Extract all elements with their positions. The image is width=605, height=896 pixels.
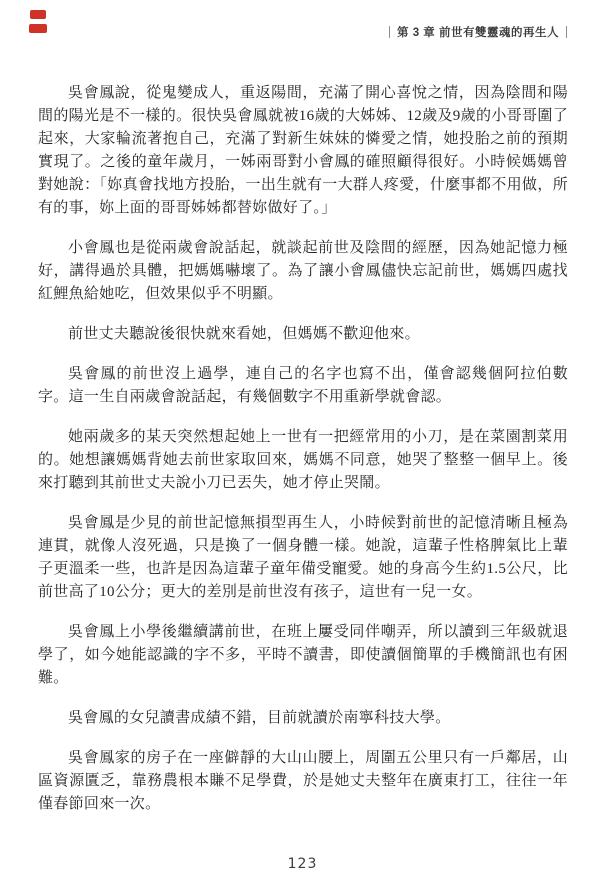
book-page: 第 3 章 前世有雙靈魂的再生人 吳會鳳說，從鬼變成人，重返陽間，充滿了開心喜悅… — [0, 0, 605, 896]
running-header: 第 3 章 前世有雙靈魂的再生人 — [389, 24, 567, 40]
paragraph: 吳會鳳家的房子在一座僻靜的大山山腰上，周圍五公里只有一戶鄰居，山區資源匱乏，靠務… — [38, 747, 568, 816]
paragraph: 吳會鳳的前世沒上過學，連自己的名字也寫不出，僅會認幾個阿拉伯數字。這一生自兩歲會… — [38, 363, 568, 409]
paragraph: 吳會鳳是少見的前世記憶無損型再生人，小時候對前世的記憶清晰且極為連貫，就像人沒死… — [38, 512, 568, 604]
paragraph: 吳會鳳說，從鬼變成人，重返陽間，充滿了開心喜悅之情，因為陰間和陽間的陽光是不一樣… — [38, 82, 568, 220]
body-text: 吳會鳳說，從鬼變成人，重返陽間，充滿了開心喜悅之情，因為陰間和陽間的陽光是不一樣… — [38, 82, 568, 833]
red-ink-stroke-bottom — [29, 24, 47, 33]
paragraph: 吳會鳳上小學後繼續講前世，在班上屢受同伴嘲弄，所以讀到三年級就退學了，如今她能認… — [38, 621, 568, 690]
red-ink-stroke-top — [30, 10, 46, 19]
header-rule-right-icon — [566, 26, 567, 38]
paragraph: 吳會鳳的女兒讀書成績不錯，目前就讀於南寧科技大學。 — [38, 707, 568, 730]
red-ink-mark — [29, 9, 48, 35]
header-rule-left-icon — [389, 26, 390, 38]
paragraph: 前世丈夫聽說後很快就來看她，但媽媽不歡迎他來。 — [38, 323, 568, 346]
paragraph: 小會鳳也是從兩歲會說話起，就談起前世及陰間的經歷，因為她記憶力極好，講得過於具體… — [38, 237, 568, 306]
paragraph: 她兩歲多的某天突然想起她上一世有一把經常用的小刀，是在菜園割菜用的。她想讓媽媽背… — [38, 426, 568, 495]
chapter-title: 第 3 章 前世有雙靈魂的再生人 — [397, 24, 559, 40]
page-number: 123 — [0, 856, 605, 872]
